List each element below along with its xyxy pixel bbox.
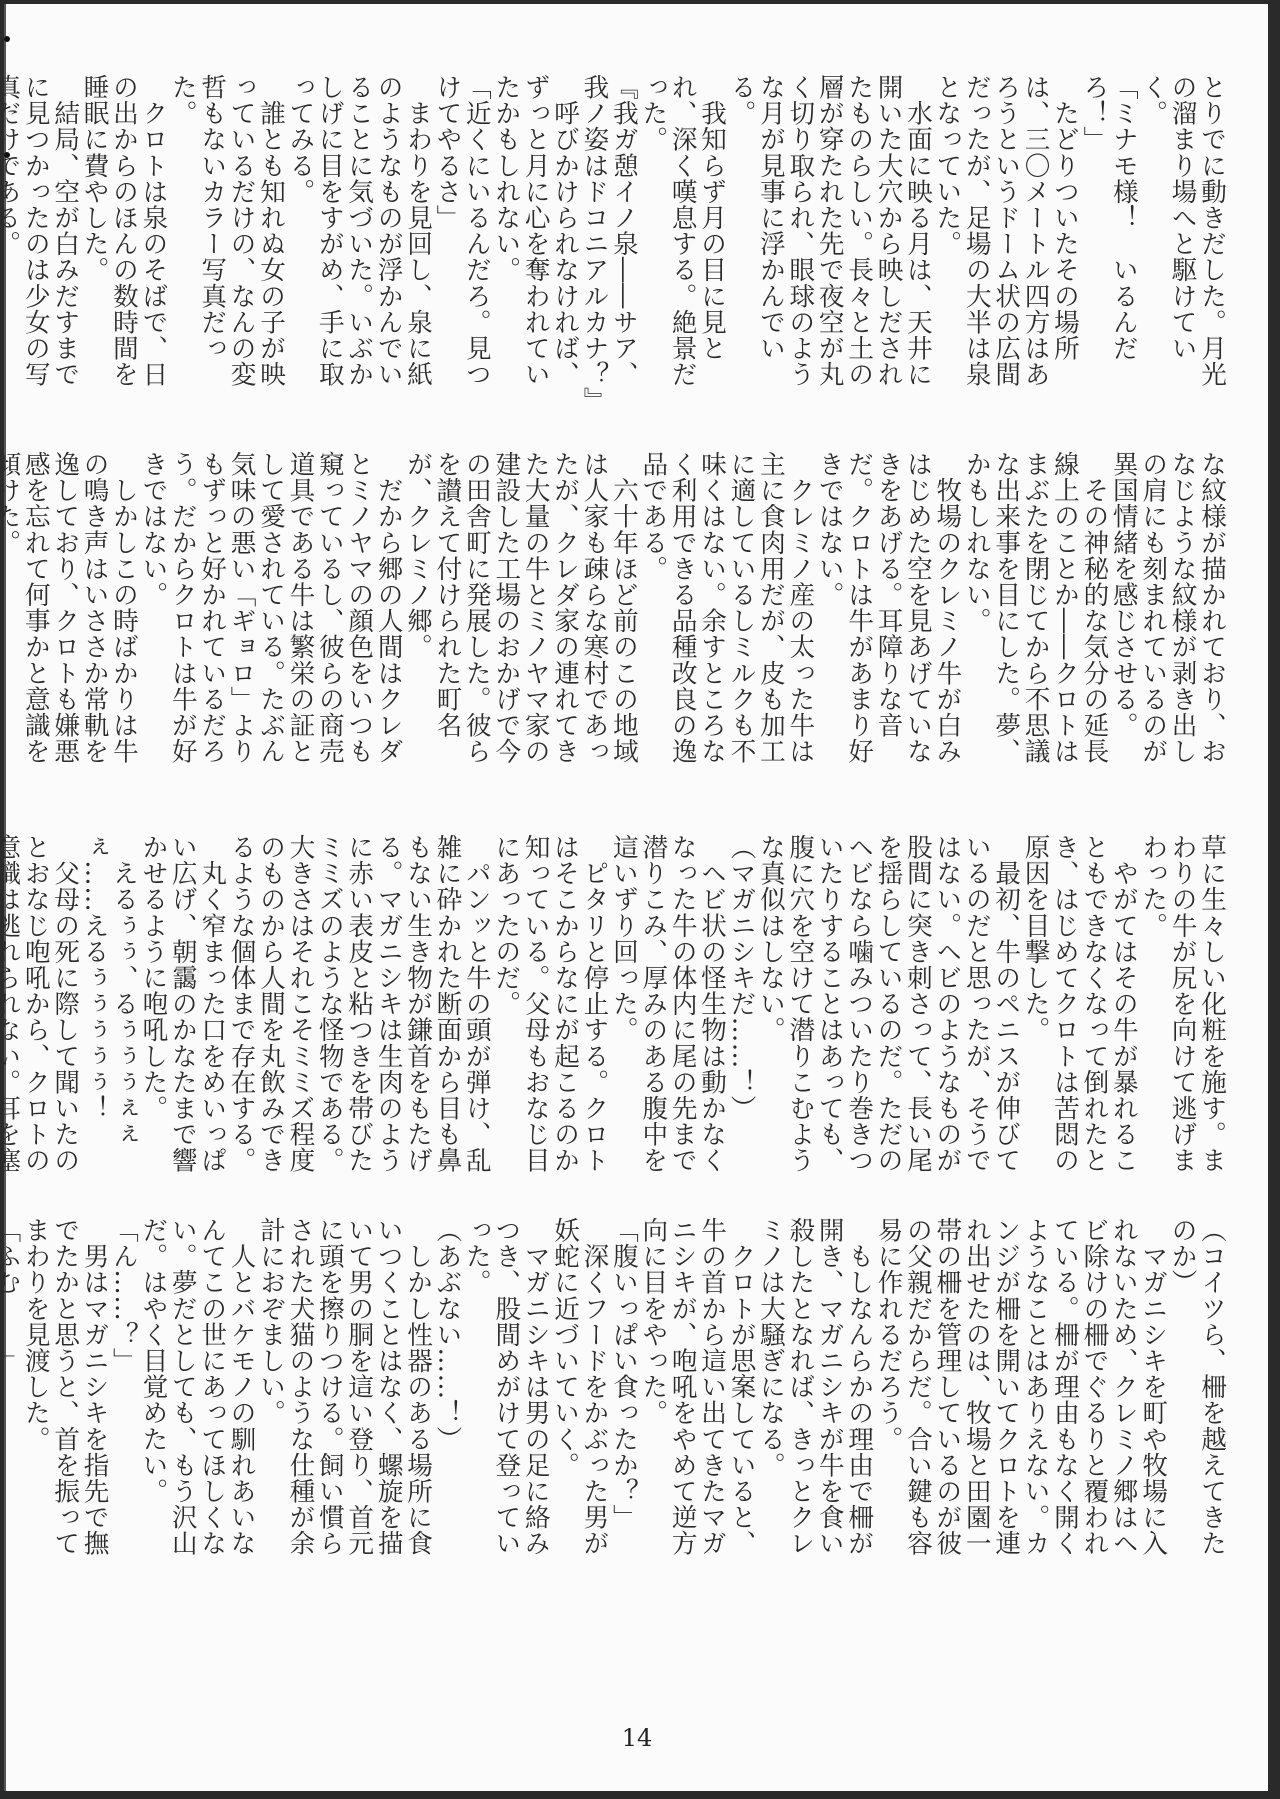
paragraph: クロトが思案していると、牛の首から這い出てきたマガニシキが、咆吼をやめて逆方向に… [638,1217,756,1557]
paragraph: クレミノ産の太った牛は主に食肉用だが、皮も加工に適しているしミルクも不味くはない… [638,451,814,789]
dialogue: 「近くにいるんだろ。見つけてやるさ」 [432,74,491,412]
paragraph: しかし性器のある場所に食いつくことはなく、螺旋を描いて男の胴を這い登り、首元に頭… [256,1217,432,1557]
paragraph: ピタリと停止する。クロトはそこからなにが起こるのか知っている。父母もおなじ目にあ… [491,834,609,1174]
paragraph: 結局、空が白みだすまでに見つかったのは少女の写真だけである。 [0,74,79,412]
paragraph: 男はマガニシキを指先で撫でたかと思うと、首を振ってまわりを見渡した。 [20,1217,108,1557]
page-number: 14 [6,1724,1268,1752]
binding-hole-mark [4,36,10,42]
text-tier-bottom: （コイツら、柵を越えてきたのか） マガニシキを町や牧場に入れないため、クレミノ郷… [136,1217,1226,1557]
paragraph: だから郷の人間はクレダとミノヤマの顔色をいつも窺っているし、彼らの商売道具である… [138,451,403,789]
paragraph: 草に生々しい化粧を施す。まわりの牛が尻を向けて逃げまわった。 [1138,834,1226,1174]
text-tier-lower-middle: 草に生々しい化粧を施す。まわりの牛が尻を向けて逃げまわった。 やがてはその牛が暴… [136,834,1226,1174]
paragraph: やがてはその牛が暴れることもできなくなって倒れたとき、はじめてクロトは苦悶の原因… [1020,834,1138,1174]
paragraph: まわりを見回し、泉に紙のようなものが浮かんでいることに気づいた。いぶかしげに目を… [285,74,432,412]
paragraph: ヘビ状の怪生物は動かなくなった牛の体内に尾の先まで潜りこみ、厚みのある腹中を這い… [608,834,726,1174]
dialogue: 「腹いっぱい食ったか？」 [608,1217,637,1557]
dialogue: 『我ガ憩イノ泉――サア、我ノ姿はドコニアルカナ？』 [579,74,638,412]
book-page: とりでに動きだした。月光の溜まり場へと駆けていく。 「ミナモ様！ いるんだろ！」… [4,4,1268,1791]
paragraph: 父母の死に際して聞いたのとおなじ咆吼から、クロトの意識は逃れられない。耳を塞ぐこ… [0,834,79,1174]
paragraph: その神秘的な気分の延長線上のことか――クロトはまぶたを閉じてから不思議な出来事を… [961,451,1108,789]
inner-thought: （あぶない……！） [432,1217,461,1557]
paragraph: クロトは泉のそばで、日の出からのほんの数時間を睡眠に費やした。 [79,74,167,412]
paragraph: 水面に映る月は、天井に開いた大穴から映しだされたものらしい。長々と土の層が穿たれ… [726,74,932,412]
dialogue: 「ふむ……」 [0,1217,20,1557]
paragraph: えるぅぅ、るぅぅぅぇぇぇ……えるぅぅぅぅぅ！ [79,834,138,1174]
paragraph: マガニシキは男の足に絡みつき、股間めがけて登っていった。 [461,1217,549,1557]
paragraph: パンッと牛の頭が弾け、乱雑に砕かれた断面から目も鼻もない生き物が鎌首をもたげる。… [226,834,491,1174]
paragraph: しかしこの時ばかりは牛の鳴き声はいささか常軌を逸しており、クロトも嫌悪感を忘れて… [0,451,138,789]
inner-thought: （マガニシキだ……！） [726,834,755,1174]
inner-thought: （コイツら、柵を越えてきたのか） [1167,1217,1226,1557]
paragraph: 丸く窄まった口をめいっぱい広げ、朝靄のかなたまで響かせるように咆吼した。 [138,834,226,1174]
text-tier-upper-middle: な紋様が描かれており、おなじような紋様が剥き出しの肩にも刻まれているのが異国情緒… [136,451,1226,789]
paragraph: もしなんらかの理由で柵が開き、マガニシキが牛を食い殺したとなれば、きっとクレミノ… [756,1217,874,1557]
paragraph: とりでに動きだした。月光の溜まり場へと駆けていく。 [1138,74,1226,412]
paragraph: 我知らず月の目に見とれ、深く嘆息する。絶景だった。 [638,74,726,412]
paragraph: 牧場のクレミノ牛が白みはじめた空を見あげていなきをあげる。耳障りな音だ。クロトは… [814,451,961,789]
dialogue: 「ん……？」 [109,1217,138,1557]
paragraph: 深くフードをかぶった男が妖蛇に近づいていく。 [550,1217,609,1557]
paragraph: 誰とも知れぬ女の子が映っているだけの、なんの変哲もないカラー写真だった。 [167,74,285,412]
paragraph: 人とバケモノの馴れあいなんてこの世にあってほしくない。夢だとしても、もう沢山だ。… [138,1217,256,1557]
paragraph: な紋様が描かれており、おなじような紋様が剥き出しの肩にも刻まれているのが異国情緒… [1108,451,1226,789]
paragraph: 六十年ほど前のこの地域は人家も疎らな寒村であったが、クレダ家の連れてきた大量の牛… [403,451,638,789]
text-tier-top: とりでに動きだした。月光の溜まり場へと駆けていく。 「ミナモ様！ いるんだろ！」… [136,74,1226,412]
dialogue: 「ミナモ様！ いるんだろ！」 [1079,74,1138,412]
paragraph: 最初、牛のペニスが伸びているのだと思ったが、そうではない。ヘビのようなものが股間… [756,834,1021,1174]
paragraph: 呼びかけられなければ、ずっと月に心を奪われていたかもしれない。 [491,74,579,412]
paragraph: たどりついたその場所は、三〇メートル四方はあろうというドーム状の広間だったが、足… [932,74,1079,412]
paragraph: マガニシキを町や牧場に入れないため、クレミノ郷はヘビ除けの柵でぐるりと覆われてい… [873,1217,1167,1557]
